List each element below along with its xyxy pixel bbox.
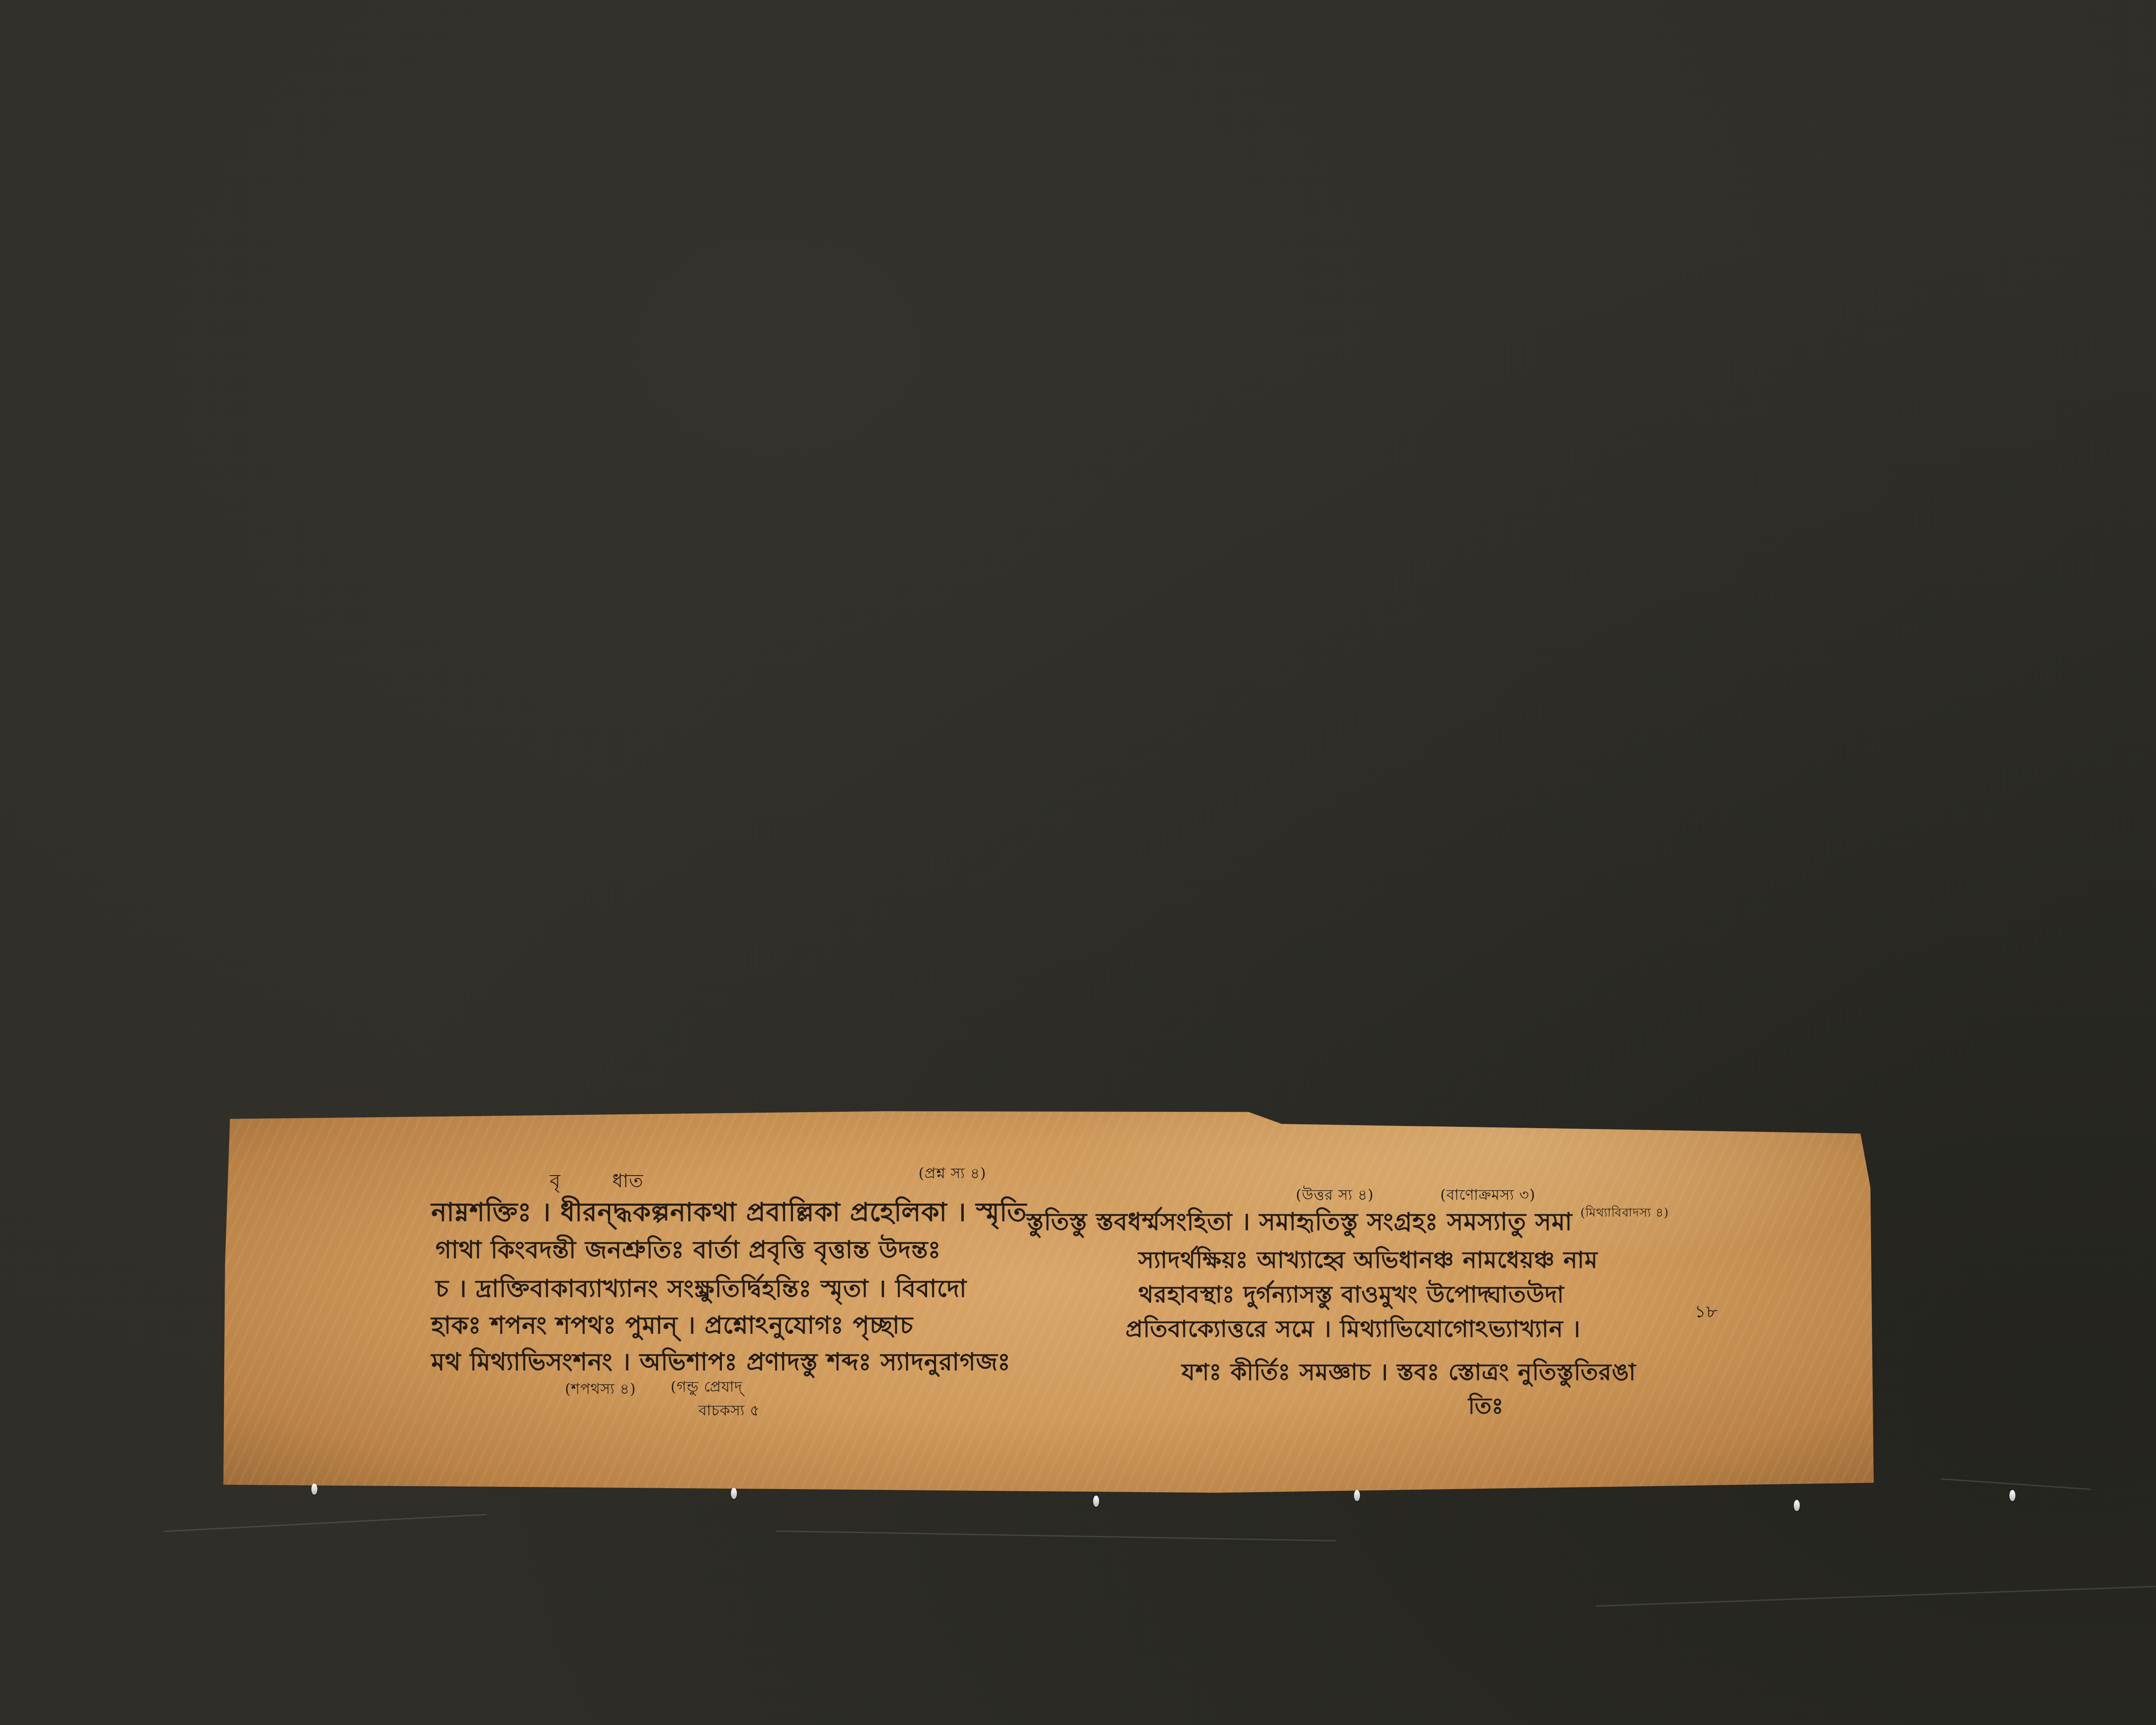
text-line-4-left: হাকঃ শপনং শপথঃ পুমান্ । প্রশ্নোঽনুযোগঃ প… bbox=[431, 1307, 913, 1347]
board-scratch bbox=[1595, 1586, 2156, 1606]
mounting-pin bbox=[731, 1488, 737, 1499]
text-line-3-left: চ । দ্রাক্তিবাকাব্যাখ্যানং সংক্ষ্রুতির্দ… bbox=[436, 1270, 967, 1311]
annotation-vachaka: বাচকস্য ৫ bbox=[699, 1399, 760, 1424]
mounting-pin bbox=[311, 1483, 317, 1495]
board-scratch bbox=[164, 1514, 487, 1532]
mounting-pin bbox=[1354, 1490, 1360, 1501]
board-scratch bbox=[776, 1531, 1337, 1542]
text-line-5-right: যশঃ কীর্তিঃ সমজ্ঞাচ । স্তবঃ স্তোত্রং নুত… bbox=[1181, 1354, 1636, 1393]
annotation-gandu: (গন্ডু প্রেযাদ্ bbox=[671, 1376, 743, 1400]
text-line-3-right: থরহাবস্থাঃ দুর্গন্যাসস্তু বাওমুখং উপোদ্ঘ… bbox=[1138, 1276, 1564, 1315]
text-line-1-right: স্তুতিস্তু স্তবধর্ম্মসংহিতা । সমাহৃতিস্ত… bbox=[1026, 1203, 1573, 1244]
text-line-2-right: স্যাদর্থক্ষিয়ঃ আখ্যাহ্বে অভিধানঞ্চ নামধ… bbox=[1138, 1242, 1598, 1281]
annotation-mithyavivada: (মিথ্যাবিবাদস্য ৪) bbox=[1580, 1203, 1669, 1223]
mounting-pin bbox=[1794, 1500, 1800, 1511]
annotation-shapatha: (শপথস্য ৪) bbox=[565, 1378, 636, 1402]
trailing-fragment: তিঃ bbox=[1468, 1389, 1504, 1426]
folio-number: ১৮ bbox=[1695, 1298, 1718, 1327]
annotation-prashna: (প্রশ্ন স্য ৪) bbox=[918, 1162, 986, 1187]
mounting-pin bbox=[2009, 1490, 2015, 1501]
board-scratch bbox=[1940, 1478, 2091, 1490]
text-line-1-left: নাম্নশক্তিঃ । ধীরন্দ্ধকল্পনাকথা প্রবাল্ল… bbox=[431, 1192, 1027, 1236]
text-line-2-left: গাথা কিংবদন্তী জনশ্রুতিঃ বার্তা প্রবৃত্ত… bbox=[436, 1231, 941, 1272]
text-line-4-right: প্রতিবাক্যোত্তরে সমে । মিথ্যাভিযোগোঽভ্যা… bbox=[1125, 1311, 1581, 1350]
mounting-pin bbox=[1093, 1496, 1099, 1507]
